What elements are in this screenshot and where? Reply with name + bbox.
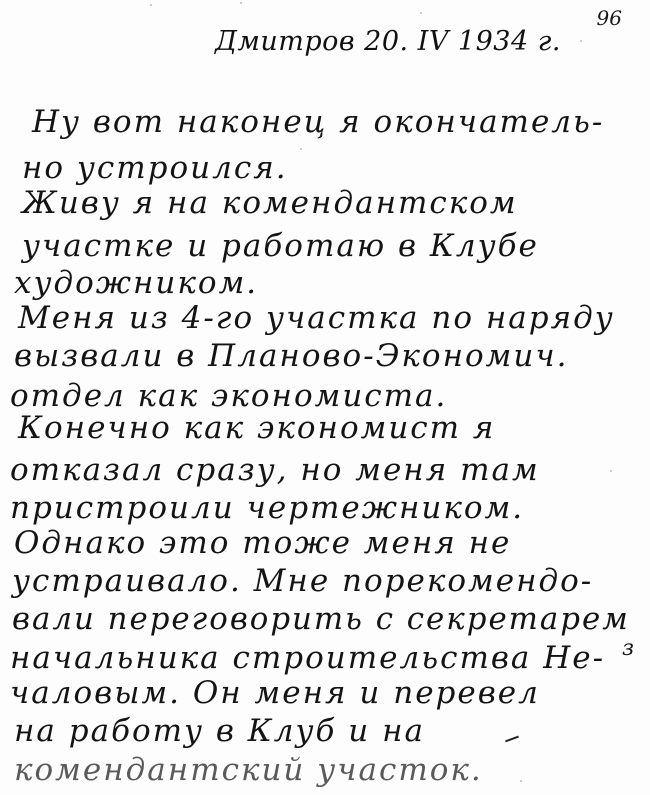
text-line: но устроился. [22, 150, 288, 186]
paper-speck [580, 40, 582, 42]
text-line: начальника строительства Не- [10, 640, 605, 676]
paper-speck [300, 148, 302, 150]
manuscript-page: 96 Дмитров 20. IV 1934 г. Ну вот наконец… [0, 0, 650, 795]
text-line: вали переговорить с секретарем [12, 601, 630, 637]
text-line: отказал сразу, но меня там [10, 452, 540, 488]
text-line: Меня из 4-го участка по наряду [18, 300, 615, 336]
text-line: Однако это тоже меня не [14, 525, 511, 561]
paper-speck [520, 780, 522, 782]
strikethrough-mark [505, 736, 519, 743]
marginal-annotation: з [622, 636, 634, 661]
text-line: Конечно как экономист я [18, 410, 495, 446]
text-line: Живу я на комендантском [22, 185, 518, 221]
paper-speck [610, 470, 612, 472]
text-line: чаловым. Он меня и перевел [10, 675, 540, 711]
page-number: 96 [597, 6, 622, 30]
text-line: художником. [14, 265, 258, 301]
text-line: отдел как экономиста. [10, 378, 447, 414]
text-line: Ну вот наконец я окончатель- [32, 104, 604, 140]
paper-speck [240, 2, 242, 4]
text-line: на работу в Клуб и на [14, 713, 425, 749]
text-line: комендантский участок. [14, 752, 483, 788]
text-line: пристроили чертежником. [10, 490, 524, 526]
text-line: вызвали в Планово-Экономич. [14, 338, 568, 374]
text-line: участке и работаю в Клубе [22, 228, 539, 264]
letter-heading-place-date: Дмитров 20. IV 1934 г. [215, 26, 561, 57]
text-line: устраивало. Мне порекомендо- [12, 563, 593, 599]
paper-speck [150, 4, 152, 6]
paper-speck [420, 12, 422, 14]
